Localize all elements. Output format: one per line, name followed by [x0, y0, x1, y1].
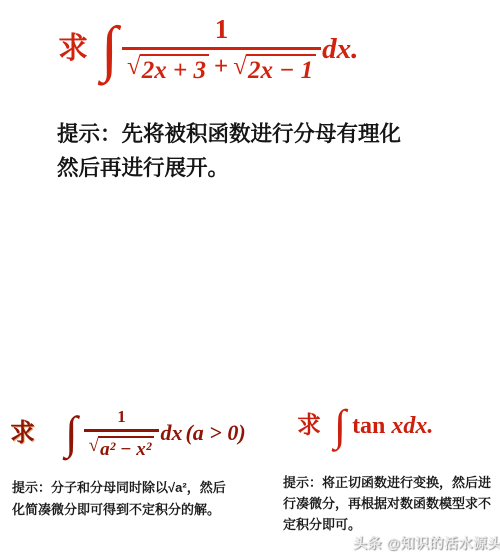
hint-main: 提示：先将被积函数进行分母有理化 然后再进行展开。	[57, 117, 401, 185]
sqrt-term-1: √ 2x + 3	[127, 54, 209, 83]
dx-suffix: dx	[160, 420, 182, 446]
xdx-suffix: xdx.	[391, 413, 433, 440]
hint-right-line-1: 提示：将正切函数进行变换，然后进	[283, 472, 493, 493]
integral-icon: ∫	[334, 407, 346, 444]
hint-left-line-1: 提示：分子和分母同时除以√a²，然后	[12, 477, 226, 499]
tan-function: tan	[352, 413, 385, 440]
hint-left-line-2: 化简凑微分即可得到不定积分的解。	[12, 499, 226, 521]
dx-suffix: dx.	[322, 33, 358, 66]
plus-operator: +	[214, 54, 228, 80]
integral-icon: ∫	[101, 23, 118, 76]
fraction-numerator: 1	[215, 16, 229, 47]
hint-main-line-1: 提示：先将被积函数进行分母有理化	[57, 117, 401, 151]
watermark: 头条 @知识的活水源头	[353, 533, 500, 553]
sqrt-icon: √	[127, 54, 141, 79]
fraction: 1 √ 2x + 3 + √ 2x − 1	[122, 16, 321, 83]
fraction-denominator: √ a² − x²	[84, 429, 160, 459]
hint-left: 提示：分子和分母同时除以√a²，然后 化简凑微分即可得到不定积分的解。	[12, 477, 226, 520]
qiu-label: 求	[297, 414, 321, 438]
sqrt-term: √ a² − x²	[89, 436, 155, 459]
hint-right-line-2: 行凑微分，再根据对数函数模型求不	[283, 493, 493, 514]
sqrt-term-2: √ 2x − 1	[233, 54, 316, 83]
radicand: a² − x²	[98, 436, 154, 459]
radicand-1: 2x + 3	[140, 54, 209, 83]
radicand-2: 2x − 1	[246, 54, 316, 83]
fraction-numerator: 1	[117, 408, 126, 429]
problem-main-formula: 求 ∫ 1 √ 2x + 3 + √ 2x − 1 dx.	[58, 8, 358, 90]
problem-left-formula: 求 ∫ 1 √ a² − x² dx (a > 0)	[10, 398, 246, 468]
hint-right: 提示：将正切函数进行变换，然后进 行凑微分，再根据对数函数模型求不 定积分即可。	[283, 472, 493, 535]
hint-right-line-3: 定积分即可。	[283, 514, 493, 535]
qiu-label: 求	[58, 34, 88, 64]
sqrt-icon: √	[233, 54, 247, 79]
integral-icon: ∫	[65, 413, 78, 452]
math-worksheet-page: 求 ∫ 1 √ 2x + 3 + √ 2x − 1 dx. 提示：先将被积函数进…	[0, 0, 500, 560]
fraction-denominator: √ 2x + 3 + √ 2x − 1	[122, 47, 321, 83]
problem-right-formula: 求 ∫ tan xdx.	[297, 404, 433, 448]
fraction: 1 √ a² − x²	[84, 408, 160, 459]
hint-main-line-2: 然后再进行展开。	[57, 151, 401, 185]
qiu-label: 求	[10, 421, 35, 446]
condition: (a > 0)	[185, 420, 245, 446]
